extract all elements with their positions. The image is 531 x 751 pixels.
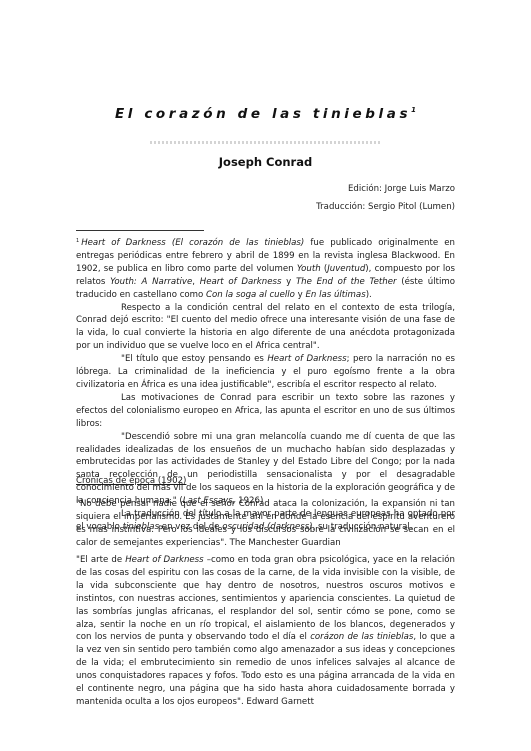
translation-credit: Traducción: Sergio Pitol (Lumen) (316, 202, 455, 212)
footnote-mark: 1 (76, 238, 79, 244)
title-text: El corazón de las tinieblas (115, 106, 411, 122)
italic-text: Juventud (327, 264, 365, 274)
footnote-paragraph: Respecto a la condición central del rela… (76, 302, 455, 354)
italic-text: Heart of Darkness (267, 354, 346, 364)
italic-text: Heart of Darkness (El corazón de las tin… (81, 238, 304, 248)
document-page: El corazón de las tinieblas1 Joseph Conr… (0, 0, 531, 751)
text: "Descendió sobre mi una gran melancolía … (76, 432, 455, 507)
quote-manchester-guardian: "No debe pensar nadie que el señor Conra… (76, 498, 455, 550)
text: Las motivaciones de Conrad para escribir… (76, 393, 455, 429)
text: ). (366, 290, 372, 300)
footnote-paragraph: 1Heart of Darkness (El corazón de las ti… (76, 235, 455, 302)
italic-text: Youth (297, 264, 321, 274)
footnote-paragraph: "El título que estoy pensando es Heart o… (76, 353, 455, 392)
italic-text: The End of the Tether (296, 277, 397, 287)
footnote-paragraph: "Descendió sobre mi una gran melancolía … (76, 431, 455, 508)
footnote-paragraph: Las motivaciones de Conrad para escribir… (76, 392, 455, 431)
italic-text: corázon de las tinieblas (310, 632, 413, 642)
italic-text: En las últimas (306, 290, 366, 300)
quote-paragraph: "El arte de Heart of Darkness –como en t… (76, 554, 455, 709)
title-footnote-mark: 1 (411, 106, 416, 114)
italic-text: Heart of Darkness (200, 277, 282, 287)
text: y (295, 290, 306, 300)
italic-text: Con la soga al cuello (206, 290, 295, 300)
text: –como en toda gran obra psicológica, yac… (76, 555, 455, 642)
text: "El arte de (76, 555, 125, 565)
text: , lo que a la vez ven sin sentido pero t… (76, 632, 455, 707)
footnote-block: 1Heart of Darkness (El corazón de las ti… (76, 235, 455, 534)
text: "No debe pensar nadie que el señor Conra… (76, 499, 455, 548)
document-title: El corazón de las tinieblas1 (0, 106, 531, 122)
text: Respecto a la condición central del rela… (76, 303, 455, 352)
text: y (281, 277, 296, 287)
quote-paragraph: "No debe pensar nadie que el señor Conra… (76, 498, 455, 550)
author-name: Joseph Conrad (0, 155, 531, 169)
decorative-divider (150, 141, 380, 144)
section-heading: Crónicas de época (1902) (76, 476, 186, 486)
italic-text: Youth: A Narrative (110, 277, 192, 287)
italic-text: Heart of Darkness (125, 555, 203, 565)
text: "El título que estoy pensando es (121, 354, 267, 364)
quote-edward-garnett: "El arte de Heart of Darkness –como en t… (76, 554, 455, 709)
edition-credit: Edición: Jorge Luis Marzo (348, 184, 455, 194)
text: , (192, 277, 199, 287)
footnote-separator (76, 230, 204, 231)
